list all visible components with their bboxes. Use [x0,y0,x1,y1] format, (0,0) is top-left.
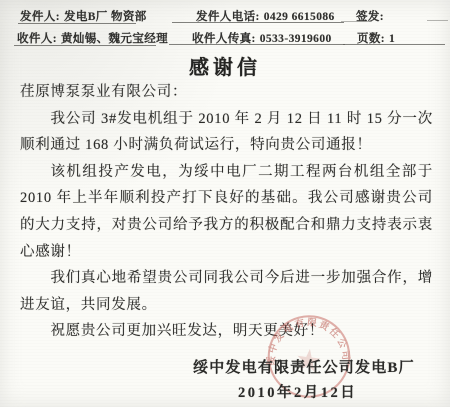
signature-date: 2010年2月12日 [238,381,357,402]
header-underline [18,23,136,24]
header-underline [427,20,448,21]
paragraph: 我公司 3#发电机组于 2010 年 2 月 12 日 11 时 15 分一次顺… [20,106,433,159]
recipient-field: 收件人:黄灿锡、魏元宝经理 [17,30,168,46]
letter-body: 荏原博泵泵业有限公司： 我公司 3#发电机组于 2010 年 2 月 12 日 … [20,79,433,345]
header-underline [172,22,344,23]
paragraph: 我们真心地希望贵公司同我公司今后进一步加强合作，增进友谊，共同发展。 [20,265,433,318]
header-underline [14,45,156,46]
recipient-value: 黄灿锡、魏元宝经理 [61,33,168,45]
signature-company: 绥中发电有限责任公司发电B厂 [193,356,415,377]
sender-label: 发件人: [20,11,60,23]
recipient-label: 收件人: [17,33,57,45]
header-underline [341,21,372,22]
sender-field: 发件人:发电B厂 物资部 [20,8,147,24]
paragraph: 该机组投产发电，为绥中电厂二期工程两台机组全部于 2010 年上半年顺利投产打下… [20,159,433,265]
header-underline [169,44,345,45]
paragraph: 祝愿贵公司更加兴旺发达，明天更美好！ [20,318,433,345]
scanned-thank-you-letter: 发件人:发电B厂 物资部 发件人电话:0429 6615086 签发: 收件人:… [0,0,450,407]
letter-title: 感谢信 [0,51,450,80]
header-underline [343,44,445,45]
sender-value: 发电B厂 物资部 [64,11,147,23]
salutation: 荏原博泵泵业有限公司： [20,79,433,106]
